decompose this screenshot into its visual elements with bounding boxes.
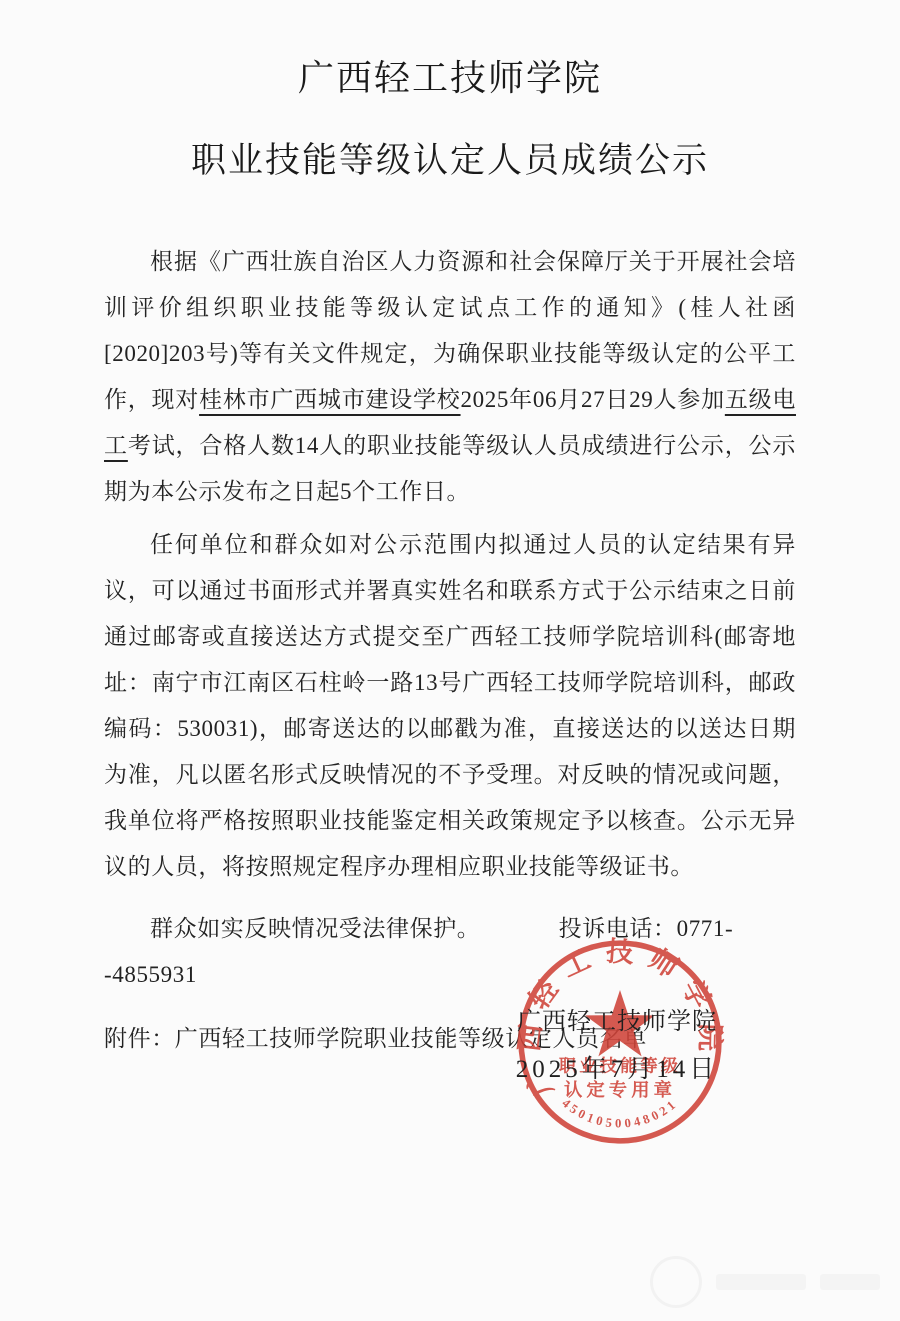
- page-subtitle: 职业技能等级认定人员成绩公示: [0, 133, 900, 183]
- signature-date: 2025年7月14日: [462, 1049, 772, 1085]
- official-seal: 广西轻工技师学院 职业技能等级 认定专用章 4501050048021: [515, 937, 725, 1147]
- signature-org: 广西轻工技师学院: [467, 1001, 767, 1036]
- svg-text:4501050048021: 4501050048021: [559, 1096, 680, 1131]
- watermark-text-shape: [716, 1274, 806, 1290]
- seal-serial-number: 4501050048021: [559, 1096, 680, 1131]
- paragraph-objection: 任何单位和群众如对公示范围内拟通过人员的认定结果有异议，可以通过书面形式并署真实…: [104, 522, 796, 890]
- page-title: 广西轻工技师学院: [0, 0, 900, 101]
- school-name-underlined: 桂林市广西城市建设学校: [199, 387, 460, 412]
- document-page: 广西轻工技师学院 职业技能等级认定人员成绩公示 根据《广西壮族自治区人力资源和社…: [0, 0, 900, 1321]
- paragraph-basis-mid: 2025年06月27日29人参加: [461, 387, 725, 412]
- watermark: [650, 1256, 880, 1308]
- watermark-text-shape: [820, 1274, 880, 1290]
- paragraph-basis: 根据《广西壮族自治区人力资源和社会保障厅关于开展社会培训评价组织职业技能等级认定…: [104, 239, 796, 515]
- paragraph-basis-tail: 考试，合格人数14人的职业技能等级认人员成绩进行公示，公示期为本公示发布之日起5…: [104, 433, 796, 504]
- legal-note: 群众如实反映情况受法律保护。: [150, 916, 480, 941]
- watermark-logo-icon: [650, 1256, 702, 1308]
